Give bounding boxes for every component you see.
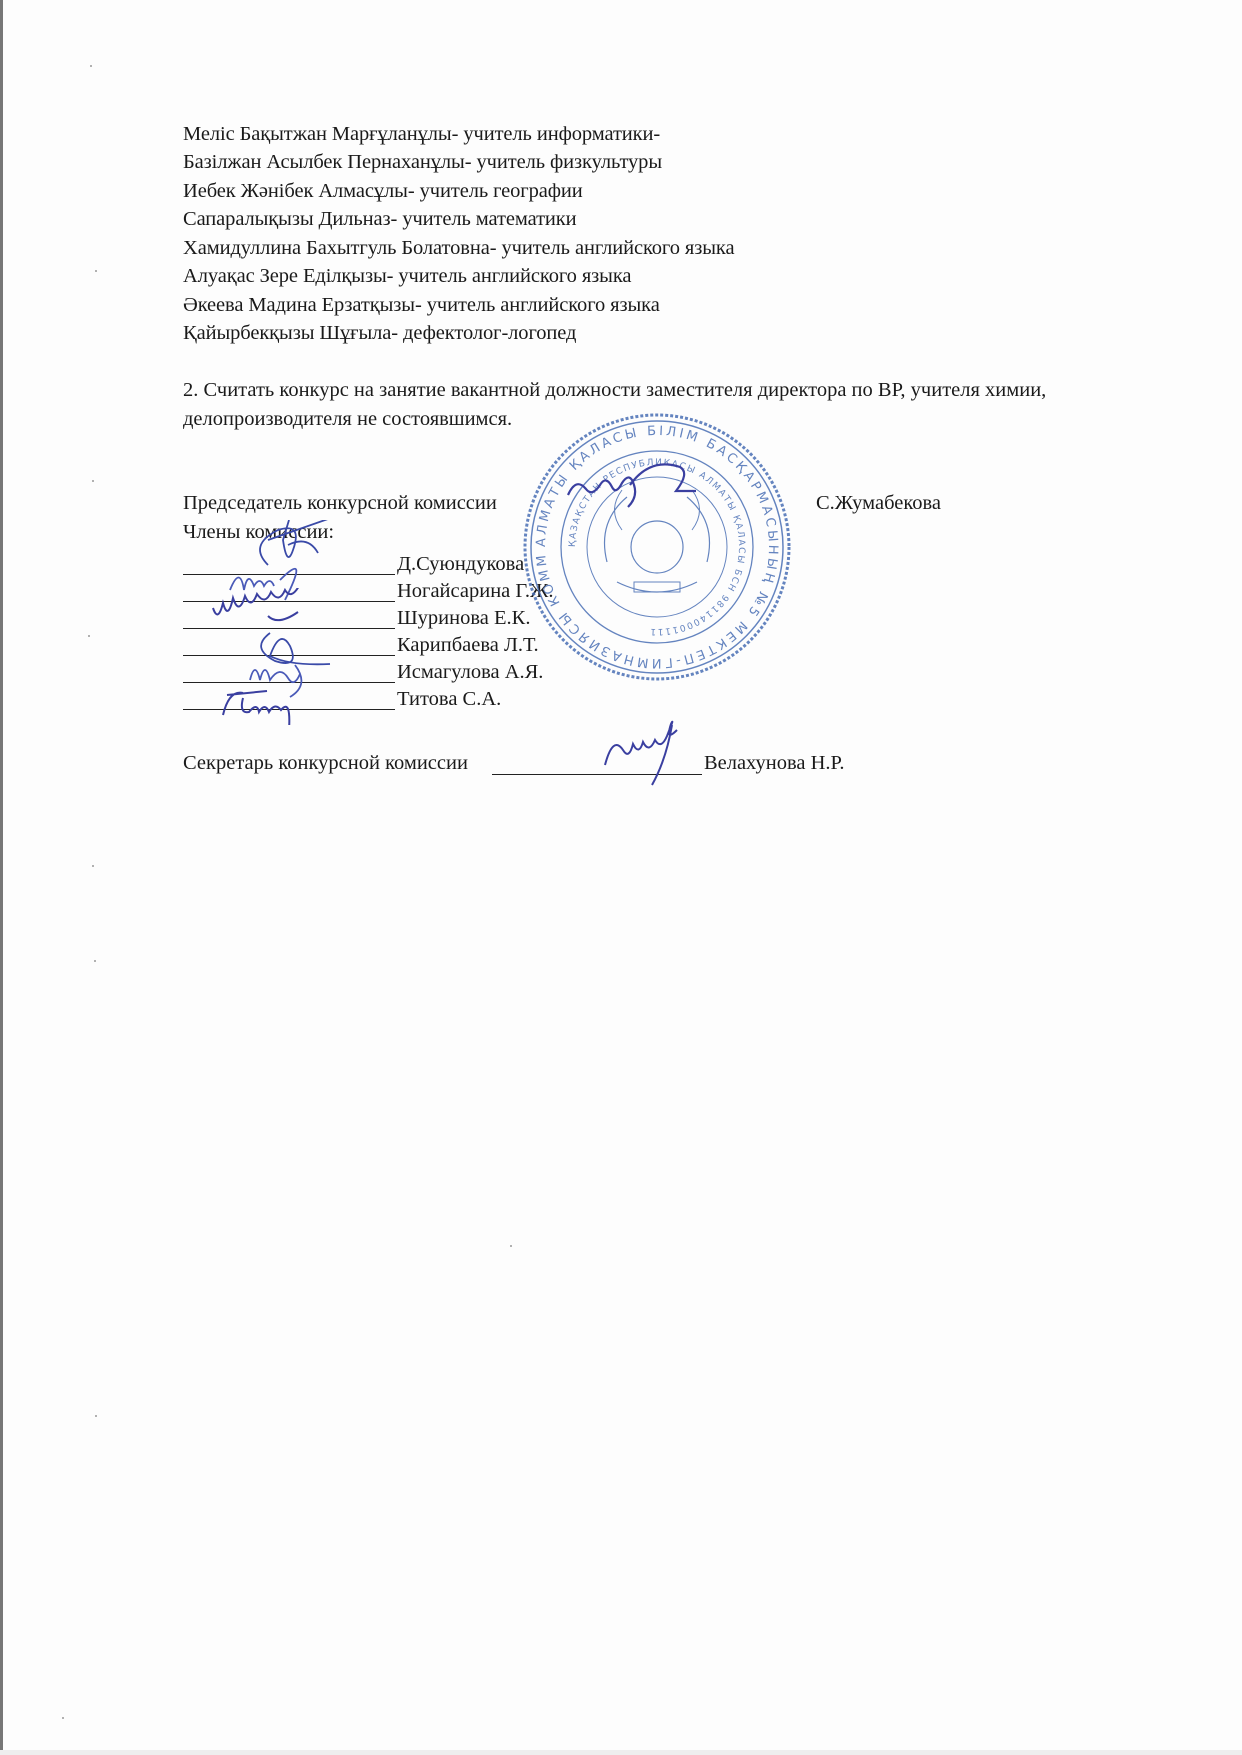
signature-line: [492, 752, 702, 775]
secretary-row: Секретарь конкурсной комиссии Велахунова…: [183, 752, 845, 775]
member-name: Шуринова Е.К.: [397, 607, 530, 629]
appointment-line: Базілжан Асылбек Пернаханұлы- учитель фи…: [183, 149, 662, 175]
signature-line: [183, 660, 395, 683]
scan-speck: [510, 1245, 512, 1247]
member-signature-row: Д.Суюндукова: [183, 548, 524, 575]
signature-line: [183, 633, 395, 656]
member-signature-row: Исмагулова А.Я.: [183, 656, 543, 683]
member-signature-row: Ногайсарина Г.Ж.: [183, 575, 554, 602]
signature-line: [183, 579, 395, 602]
members-label: Члены комиссии:: [183, 521, 334, 544]
chair-name: С.Жумабекова: [816, 492, 941, 515]
scan-edge-left: [0, 0, 3, 1755]
chair-label: Председатель конкурсной комиссии: [183, 492, 497, 515]
appointment-line: Қайырбекқызы Шұғыла- дефектолог-логопед: [183, 320, 576, 346]
appointment-line: Сапаралықызы Дильназ- учитель математики: [183, 206, 577, 232]
scan-speck: [88, 635, 90, 637]
signature-line: [183, 606, 395, 629]
member-signature-row: Титова С.А.: [183, 683, 501, 710]
appointment-line: Меліс Бақытжан Марғұланұлы- учитель инфо…: [183, 121, 660, 147]
scan-speck: [62, 1717, 64, 1719]
member-name: Д.Суюндукова: [397, 553, 524, 575]
appointment-line: Әкеева Мадина Ерзатқызы- учитель английс…: [183, 292, 660, 318]
scan-speck: [95, 1415, 97, 1417]
secretary-label: Секретарь конкурсной комиссии: [183, 752, 468, 775]
scan-speck: [92, 480, 94, 482]
scan-edge-bottom: [0, 1750, 1242, 1755]
member-signature-row: Шуринова Е.К.: [183, 602, 530, 629]
secretary-name: Велахунова Н.Р.: [704, 752, 845, 775]
scan-speck: [92, 865, 94, 867]
scan-speck: [94, 960, 96, 962]
svg-text:ҚАЗАҚСТАН РЕСПУБЛИКАСЫ АЛМАТЫ: ҚАЗАҚСТАН РЕСПУБЛИКАСЫ АЛМАТЫ ҚАЛАСЫ БСН…: [568, 458, 746, 636]
member-name: Карипбаева Л.Т.: [397, 634, 539, 656]
signature-line: [183, 552, 395, 575]
signature-line: [183, 687, 395, 710]
member-signature-row: Карипбаева Л.Т.: [183, 629, 539, 656]
scan-speck: [95, 270, 97, 272]
official-seal-icon: АЛМАТЫ ҚАЛАСЫ БІЛІМ БАСҚАРМАСЫНЫҢ №5 МЕК…: [522, 412, 792, 682]
appointment-line: Хамидуллина Бахытгуль Болатовна- учитель…: [183, 235, 734, 261]
member-name: Титова С.А.: [397, 688, 501, 710]
scan-speck: [90, 65, 92, 67]
appointment-line: Иебек Жәнібек Алмасұлы- учитель географи…: [183, 178, 583, 204]
appointment-line: Алуақас Зере Еділқызы- учитель английско…: [183, 263, 631, 289]
